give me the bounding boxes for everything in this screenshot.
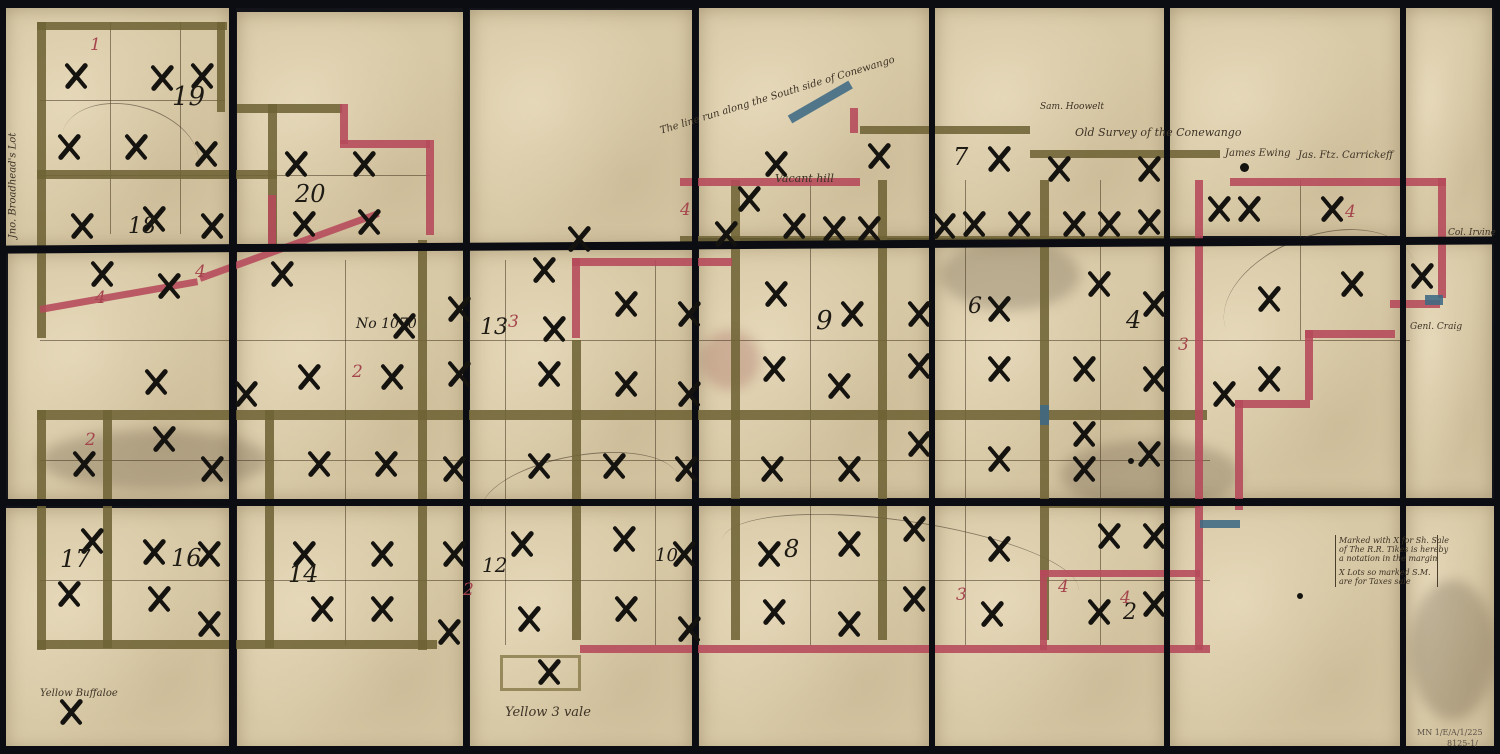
cross-mark — [735, 185, 763, 213]
sub-lot-number: 3 — [956, 585, 967, 605]
cross-mark — [142, 368, 170, 396]
sub-lot-number: 3 — [508, 312, 519, 332]
lot-number: 8 — [784, 535, 799, 563]
cross-mark — [540, 315, 568, 343]
cross-mark — [825, 372, 853, 400]
sub-lot-number: 4 — [95, 288, 106, 308]
boundary-red — [1040, 570, 1200, 577]
cross-mark — [712, 220, 740, 248]
ink-blot — [1128, 458, 1134, 464]
lot-number: 20 — [295, 180, 326, 208]
boundary-red — [572, 258, 732, 266]
cross-mark — [1235, 195, 1263, 223]
cross-mark — [268, 260, 296, 288]
cross-mark — [900, 585, 928, 613]
boundary-red — [572, 258, 580, 338]
boundary-red — [340, 140, 430, 148]
sub-lot-number: 4 — [1120, 588, 1131, 608]
fold-seam — [0, 746, 1500, 754]
boundary-red — [1195, 180, 1203, 650]
boundary-blue — [1040, 405, 1049, 425]
cross-mark — [755, 540, 783, 568]
cross-mark — [1338, 270, 1366, 298]
cross-mark — [675, 300, 703, 328]
boundary-red — [426, 140, 434, 235]
lot-number: 10 — [655, 545, 678, 566]
boundary-red — [1230, 178, 1446, 186]
annotation-broadhead-lot: Jno. Broadhead's Lot — [7, 133, 18, 239]
sub-lot-number: 4 — [1058, 577, 1069, 597]
sub-lot-number: 4 — [195, 262, 206, 282]
cross-mark — [985, 145, 1013, 173]
fold-seam — [0, 0, 6, 754]
cross-mark — [515, 605, 543, 633]
cross-mark — [368, 540, 396, 568]
annotation-carrickeff: Jas. Ftz. Carrickeff — [1298, 150, 1393, 161]
sub-lot-number: 3 — [1178, 335, 1189, 355]
cross-mark — [445, 360, 473, 388]
cross-mark — [150, 425, 178, 453]
cross-mark — [612, 370, 640, 398]
lot-number: 13 — [480, 315, 508, 340]
boundary-blue — [1425, 295, 1443, 305]
cross-mark — [612, 290, 640, 318]
fold-seam — [1494, 0, 1500, 754]
cross-mark — [672, 455, 700, 483]
cross-mark — [445, 295, 473, 323]
cross-mark — [835, 455, 863, 483]
lot-number: 6 — [968, 294, 982, 319]
cross-mark — [760, 598, 788, 626]
cross-mark — [1085, 598, 1113, 626]
boundary-olive — [572, 340, 581, 640]
cross-mark — [1005, 210, 1033, 238]
boundary-red — [340, 104, 348, 144]
boundary-red — [1235, 400, 1310, 408]
cross-mark — [308, 595, 336, 623]
lot-number: 9 — [816, 306, 833, 336]
cross-mark — [355, 208, 383, 236]
cross-mark — [985, 295, 1013, 323]
boundary-olive — [37, 410, 46, 650]
cross-mark — [985, 445, 1013, 473]
boundary-red — [268, 195, 276, 245]
cross-mark — [1140, 590, 1168, 618]
cross-mark — [762, 280, 790, 308]
annotation-yellow-vale: Yellow 3 vale — [505, 705, 591, 720]
cross-mark — [835, 610, 863, 638]
boundary-blue — [1200, 520, 1240, 528]
boundary-red — [1040, 570, 1047, 650]
lot-number: 19 — [172, 82, 205, 112]
cross-mark — [865, 142, 893, 170]
sub-lot-number: 2 — [352, 362, 363, 382]
cross-mark — [55, 580, 83, 608]
fold-seam — [0, 499, 1500, 506]
cross-mark — [985, 355, 1013, 383]
cross-mark — [122, 133, 150, 161]
boundary-red — [850, 108, 858, 133]
sub-lot-number: 4 — [680, 200, 691, 220]
cross-mark — [525, 452, 553, 480]
cross-mark — [70, 450, 98, 478]
cross-mark — [960, 210, 988, 238]
boundary-olive — [217, 22, 225, 112]
cross-mark — [780, 212, 808, 240]
lot-number: 17 — [60, 545, 91, 573]
cross-mark — [1045, 155, 1073, 183]
cross-mark — [820, 215, 848, 243]
cross-mark — [930, 212, 958, 240]
cross-mark — [565, 225, 593, 253]
cross-mark — [1085, 270, 1113, 298]
cross-mark — [1140, 290, 1168, 318]
cross-mark — [855, 215, 883, 243]
annotation-james-ewing: James Ewing — [1225, 148, 1291, 159]
cross-mark — [1210, 380, 1238, 408]
cross-mark — [155, 272, 183, 300]
sub-lot-number: 2 — [463, 580, 474, 600]
lot-number: 4 — [1126, 306, 1141, 334]
cross-mark — [985, 535, 1013, 563]
cross-mark — [295, 363, 323, 391]
cross-mark — [1140, 522, 1168, 550]
cross-mark — [1408, 262, 1436, 290]
cross-mark — [88, 260, 116, 288]
cross-mark — [978, 600, 1006, 628]
boundary-olive — [860, 126, 1030, 134]
fold-seam — [0, 0, 1500, 8]
cross-mark — [192, 140, 220, 168]
annotation-genl-craig: Genl. Craig — [1410, 322, 1462, 332]
cross-mark — [610, 525, 638, 553]
cross-mark — [1060, 210, 1088, 238]
cross-mark — [1095, 522, 1123, 550]
cross-mark — [68, 212, 96, 240]
boundary-olive — [237, 104, 342, 113]
catalog-number: MN 1/E/A/1/225 — [1417, 728, 1483, 737]
cross-mark — [1255, 365, 1283, 393]
cross-mark — [305, 450, 333, 478]
lot-number: 12 — [482, 553, 507, 577]
boundary-olive — [37, 22, 46, 338]
cross-mark — [905, 430, 933, 458]
boundary-red — [1305, 330, 1313, 400]
annotation-vacant-hill: Vacant hill — [775, 172, 834, 185]
lot-number: 18 — [128, 214, 156, 239]
cross-mark — [675, 380, 703, 408]
cross-mark — [145, 585, 173, 613]
boundary-olive — [37, 410, 1207, 420]
cross-mark — [530, 256, 558, 284]
survey-map: 19 18 20 13 9 6 4 17 16 14 12 10 8 7 2 N… — [0, 0, 1500, 754]
boundary-olive — [878, 180, 887, 640]
cross-mark — [535, 360, 563, 388]
cross-mark — [1135, 440, 1163, 468]
annotation-col-irvine: Col. Irvine — [1448, 228, 1496, 238]
cross-mark — [535, 658, 563, 686]
annotation-hoowelt: Sam. Hoowelt — [1040, 102, 1104, 112]
map-panel — [935, 6, 1165, 238]
boundary-olive — [37, 640, 437, 649]
cross-mark — [900, 515, 928, 543]
annotation-buffalo: Yellow Buffaloe — [40, 688, 118, 699]
cross-mark — [350, 150, 378, 178]
cross-mark — [198, 455, 226, 483]
fold-seam — [1400, 0, 1406, 754]
legend-note: Marked with X for Sh. Sale of The R.R. T… — [1335, 535, 1438, 587]
cross-mark — [440, 540, 468, 568]
cross-mark — [62, 62, 90, 90]
cross-mark — [1095, 210, 1123, 238]
cross-mark — [282, 150, 310, 178]
cross-mark — [372, 450, 400, 478]
boundary-red — [580, 645, 1210, 653]
cross-mark — [57, 698, 85, 726]
cross-mark — [368, 595, 396, 623]
cross-mark — [1070, 420, 1098, 448]
cross-mark — [612, 595, 640, 623]
boundary-olive — [265, 410, 274, 648]
cross-mark — [290, 210, 318, 238]
cross-mark — [905, 352, 933, 380]
water-stain — [1410, 580, 1495, 720]
cross-mark — [1135, 155, 1163, 183]
cross-mark — [835, 530, 863, 558]
lot-number: 16 — [171, 544, 202, 572]
cross-mark — [55, 133, 83, 161]
lot-number: 14 — [288, 560, 319, 588]
cross-mark — [435, 618, 463, 646]
sub-lot-number: 4 — [1345, 202, 1356, 222]
annotation-old-survey: Old Survey of the Conewango — [1075, 126, 1241, 139]
water-stain — [700, 330, 760, 390]
cross-mark — [1070, 355, 1098, 383]
ink-blot — [1297, 593, 1303, 599]
lot-number-registered: No 1070 — [356, 316, 417, 332]
cross-mark — [232, 380, 260, 408]
map-panel — [1406, 8, 1492, 238]
cross-mark — [1318, 195, 1346, 223]
cross-mark — [508, 530, 536, 558]
cross-mark — [378, 363, 406, 391]
cross-mark — [1135, 208, 1163, 236]
cross-mark — [440, 455, 468, 483]
cross-mark — [905, 300, 933, 328]
cross-mark — [1070, 455, 1098, 483]
sub-lot-number: 1 — [90, 35, 101, 55]
lot-number: 7 — [953, 143, 968, 171]
sub-lot-number: 2 — [85, 430, 96, 450]
cross-mark — [140, 538, 168, 566]
boundary-olive — [37, 22, 227, 30]
fold-seam — [229, 0, 236, 754]
boundary-red — [1235, 400, 1243, 510]
ink-blot — [1240, 163, 1249, 172]
cross-mark — [838, 300, 866, 328]
catalog-price: 8125-1/ — [1447, 739, 1478, 748]
boundary-olive — [418, 240, 427, 650]
cross-mark — [760, 355, 788, 383]
cross-mark — [675, 615, 703, 643]
cross-mark — [195, 610, 223, 638]
boundary-olive — [37, 170, 277, 179]
cross-mark — [600, 452, 628, 480]
cross-mark — [1255, 285, 1283, 313]
cross-mark — [1205, 195, 1233, 223]
boundary-red — [1305, 330, 1395, 338]
cross-mark — [1140, 365, 1168, 393]
cross-mark — [198, 212, 226, 240]
cross-mark — [758, 455, 786, 483]
